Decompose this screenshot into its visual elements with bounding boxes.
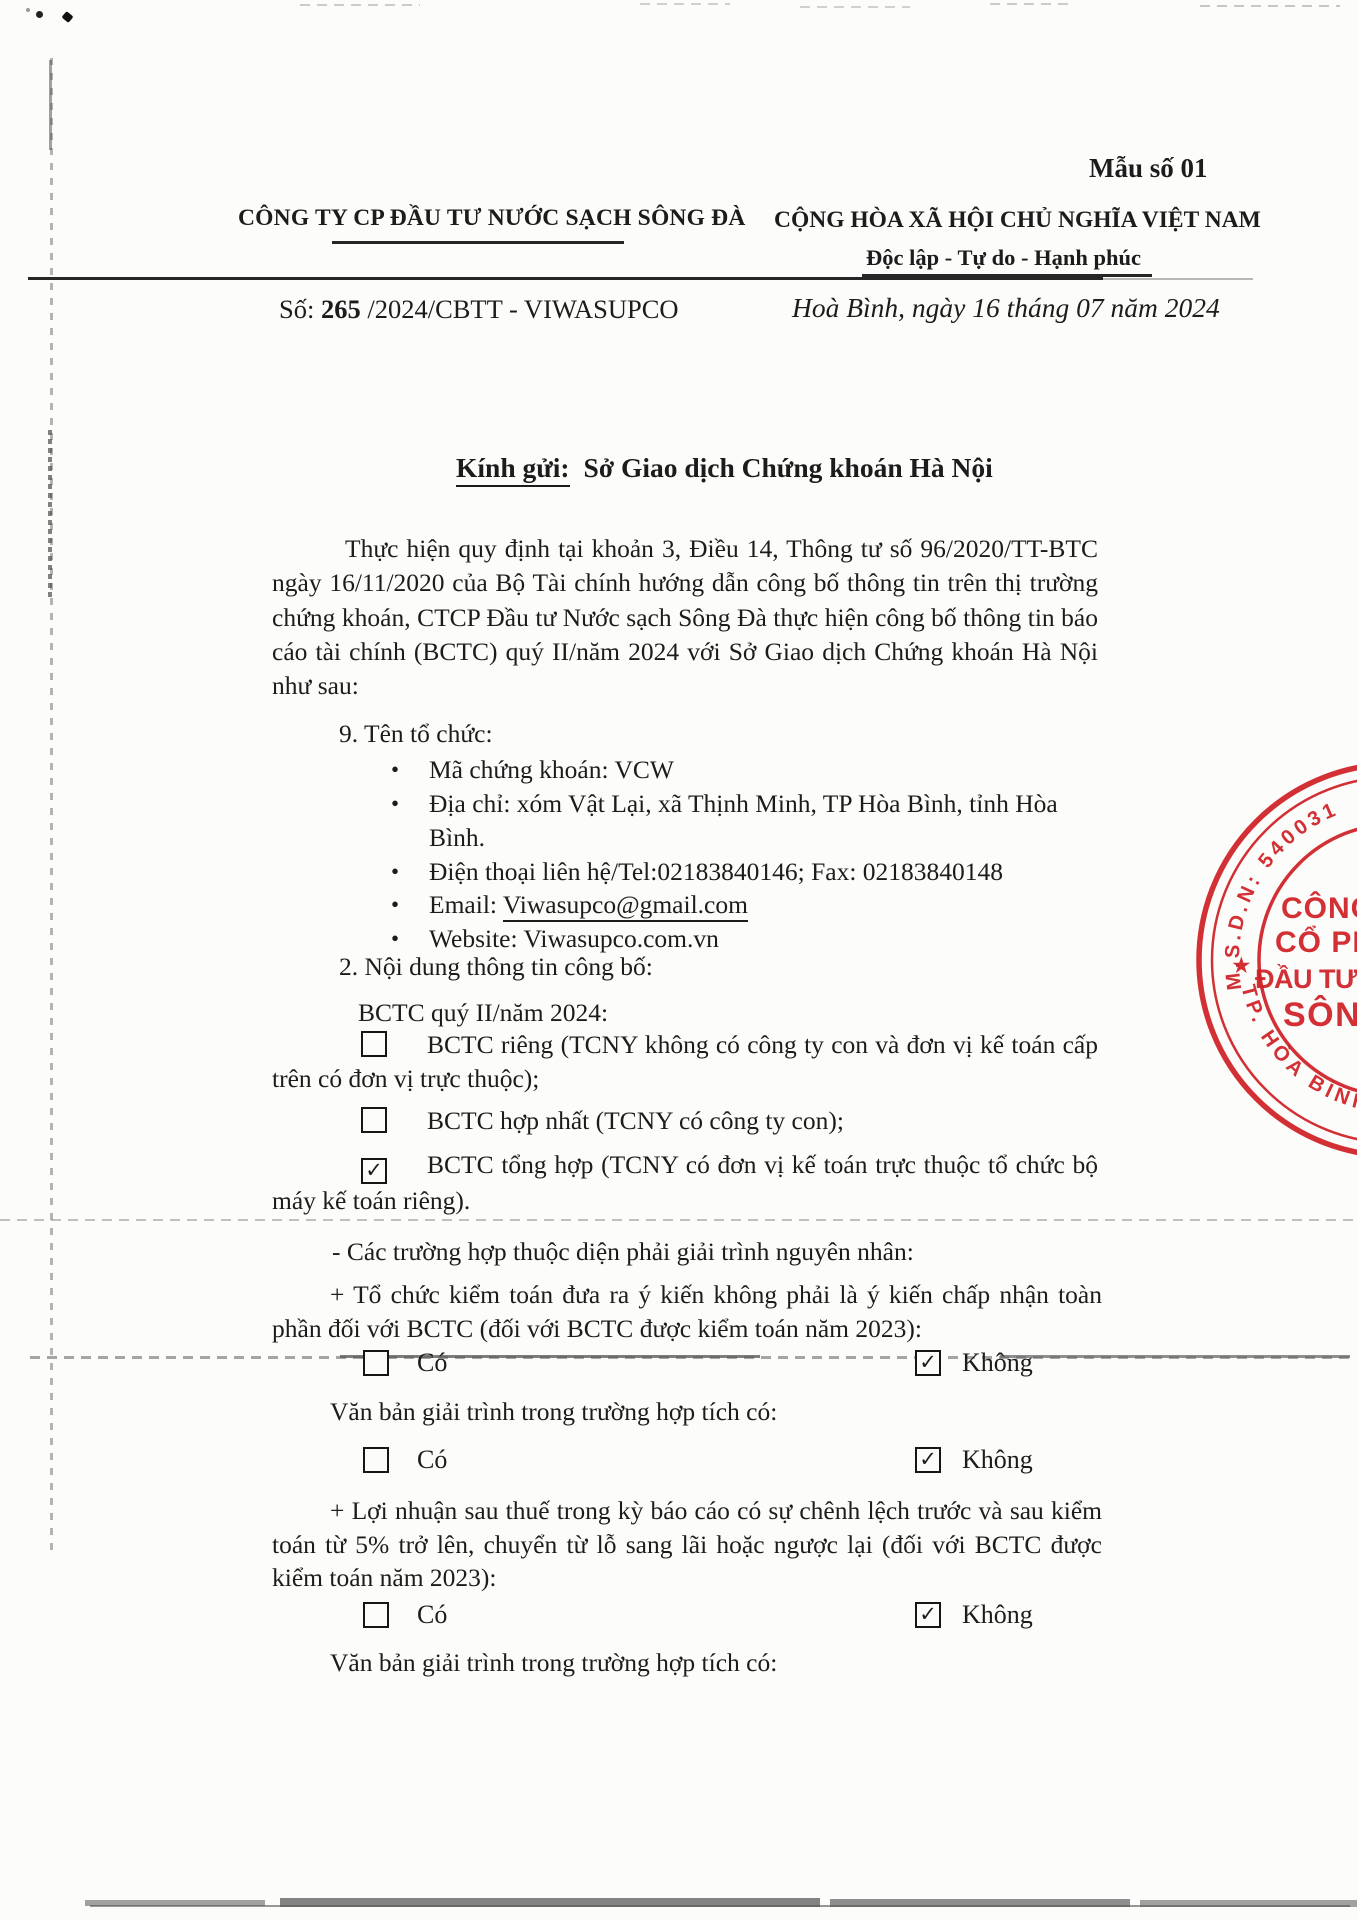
bullet-icon: • (391, 787, 429, 821)
scan-smudge (640, 3, 730, 5)
phone-fax-text: Điện thoại liên hệ/Tel:02183840146; Fax:… (429, 855, 1105, 889)
bullet-icon: • (391, 888, 429, 922)
company-name: CÔNG TY CP ĐẦU TƯ NƯỚC SẠCH SÔNG ĐÀ (238, 205, 746, 232)
header-divider (28, 277, 1103, 280)
list-item-phone: •Điện thoại liên hệ/Tel:02183840146; Fax… (391, 855, 1111, 889)
checkbox-no-icon: ✓ (915, 1350, 941, 1376)
scan-edge-artifact (48, 430, 52, 600)
scan-edge-artifact (50, 58, 53, 1558)
scan-smudge (800, 6, 910, 8)
list-item-website: •Website: Viwasupco.com.vn (391, 922, 1111, 956)
scan-edge-artifact (49, 60, 52, 150)
checkbox-unchecked-icon (361, 1107, 387, 1133)
email-label: Email: (429, 890, 503, 919)
checkbox-no-icon: ✓ (915, 1447, 941, 1473)
intro-paragraph: Thực hiện quy định tại khoản 3, Điều 14,… (272, 532, 1098, 703)
address-text: Địa chỉ: xóm Vật Lại, xã Thịnh Minh, TP … (429, 787, 1105, 855)
answer-row-audit-opinion: Có ✓ Không (0, 1350, 1357, 1380)
bullet-icon: • (391, 753, 429, 787)
list-item-address: •Địa chỉ: xóm Vật Lại, xã Thịnh Minh, TP… (391, 787, 1111, 855)
disclosure-section-heading: 2. Nội dung thông tin công bố: (339, 952, 653, 982)
doc-number-suffix: /2024/CBTT - VIWASUPCO (361, 294, 679, 324)
answer-row-profit-variance: Có ✓ Không (0, 1602, 1357, 1632)
stamp-center-line-4: SÔNG (1283, 995, 1357, 1034)
checkbox-yes-icon (363, 1350, 389, 1376)
scan-smudge (300, 4, 420, 6)
option-label: BCTC hợp nhất (TCNY có công ty con); (427, 1106, 844, 1135)
no-label: Không (962, 1600, 1033, 1630)
case-profit-variance: + Lợi nhuận sau thuế trong kỳ báo cáo có… (272, 1494, 1102, 1595)
scan-line-artifact (0, 1219, 1357, 1221)
header-divider-faded (1103, 278, 1253, 280)
explain-doc-note: Văn bản giải trình trong trường hợp tích… (330, 1397, 777, 1427)
checkbox-checked-icon: ✓ (361, 1158, 387, 1184)
case-audit-opinion: + Tổ chức kiểm toán đưa ra ý kiến không … (272, 1278, 1102, 1345)
stamp-center-line-1: CÔNG (1281, 891, 1357, 925)
email-line: Email: Viwasupco@gmail.com (429, 888, 1105, 922)
ticker-text: Mã chứng khoán: VCW (429, 753, 1105, 787)
no-label: Không (962, 1348, 1033, 1378)
answer-row-doc-note-1: Có ✓ Không (0, 1447, 1357, 1477)
scan-speck (61, 11, 73, 23)
yes-label: Có (417, 1348, 447, 1378)
stamp-star-icon: ★ (1231, 952, 1252, 978)
scan-smudge (1200, 5, 1340, 7)
checkbox-unchecked-icon (361, 1031, 387, 1057)
checkbox-yes-icon (363, 1447, 389, 1473)
yes-label: Có (417, 1445, 447, 1475)
salutation-recipient: Sở Giao dịch Chứng khoán Hà Nội (584, 452, 993, 483)
explain-doc-note-2: Văn bản giải trình trong trường hợp tích… (330, 1648, 777, 1678)
national-motto: Độc lập - Tự do - Hạnh phúc (866, 245, 1141, 271)
company-red-stamp: M.S.D.N: 540031 TP. HÒA BÌNH · ★ CÔNG CỔ… (1195, 760, 1357, 1160)
option-label: BCTC riêng (TCNY không có công ty con và… (272, 1030, 1098, 1093)
scan-bottom-band (90, 1905, 1350, 1907)
disclosure-subject: BCTC quý II/năm 2024: (358, 998, 608, 1028)
republic-heading: CỘNG HÒA XÃ HỘI CHỦ NGHĨA VIỆT NAM (774, 207, 1261, 234)
scan-speck (26, 8, 30, 12)
salutation-label: Kính gửi: (456, 452, 570, 487)
salutation-line: Kính gửi:Sở Giao dịch Chứng khoán Hà Nội (456, 452, 993, 484)
document-number: Số: 265 /2024/CBTT - VIWASUPCO (279, 294, 679, 325)
form-number-label: Mẫu số 01 (1089, 153, 1208, 184)
company-underline (332, 241, 624, 244)
list-item-ticker: •Mã chứng khoán: VCW (391, 753, 1111, 787)
org-section-heading: 9. Tên tổ chức: (339, 719, 493, 749)
email-address: Viwasupco@gmail.com (503, 890, 748, 922)
option-label: BCTC tổng hợp (TCNY có đơn vị kế toán tr… (272, 1150, 1098, 1215)
bullet-icon: • (391, 922, 429, 956)
scan-smudge (990, 3, 1070, 5)
explain-cases-heading: - Các trường hợp thuộc diện phải giải tr… (332, 1237, 914, 1267)
stamp-center-line-2: CỔ PH (1275, 925, 1357, 959)
option-consolidated-fs: BCTC hợp nhất (TCNY có công ty con); (272, 1104, 1098, 1138)
website-text: Website: Viwasupco.com.vn (429, 922, 1105, 956)
stamp-center-line-3: ĐẦU TƯ NƯỚ (1255, 963, 1357, 994)
yes-label: Có (417, 1600, 447, 1630)
checkbox-yes-icon (363, 1602, 389, 1628)
place-and-date: Hoà Bình, ngày 16 tháng 07 năm 2024 (792, 292, 1220, 324)
doc-number-prefix: Số: (279, 294, 321, 324)
checkbox-no-icon: ✓ (915, 1602, 941, 1628)
scanned-document-page: Mẫu số 01 CÔNG TY CP ĐẦU TƯ NƯỚC SẠCH SÔ… (0, 0, 1357, 1920)
scan-speck (36, 11, 43, 18)
option-separate-fs: BCTC riêng (TCNY không có công ty con và… (272, 1028, 1098, 1096)
no-label: Không (962, 1445, 1033, 1475)
doc-number-value: 265 (321, 294, 361, 324)
bullet-icon: • (391, 855, 429, 889)
list-item-email: •Email: Viwasupco@gmail.com (391, 888, 1111, 922)
option-combined-fs: ✓BCTC tổng hợp (TCNY có đơn vị kế toán t… (272, 1148, 1098, 1218)
